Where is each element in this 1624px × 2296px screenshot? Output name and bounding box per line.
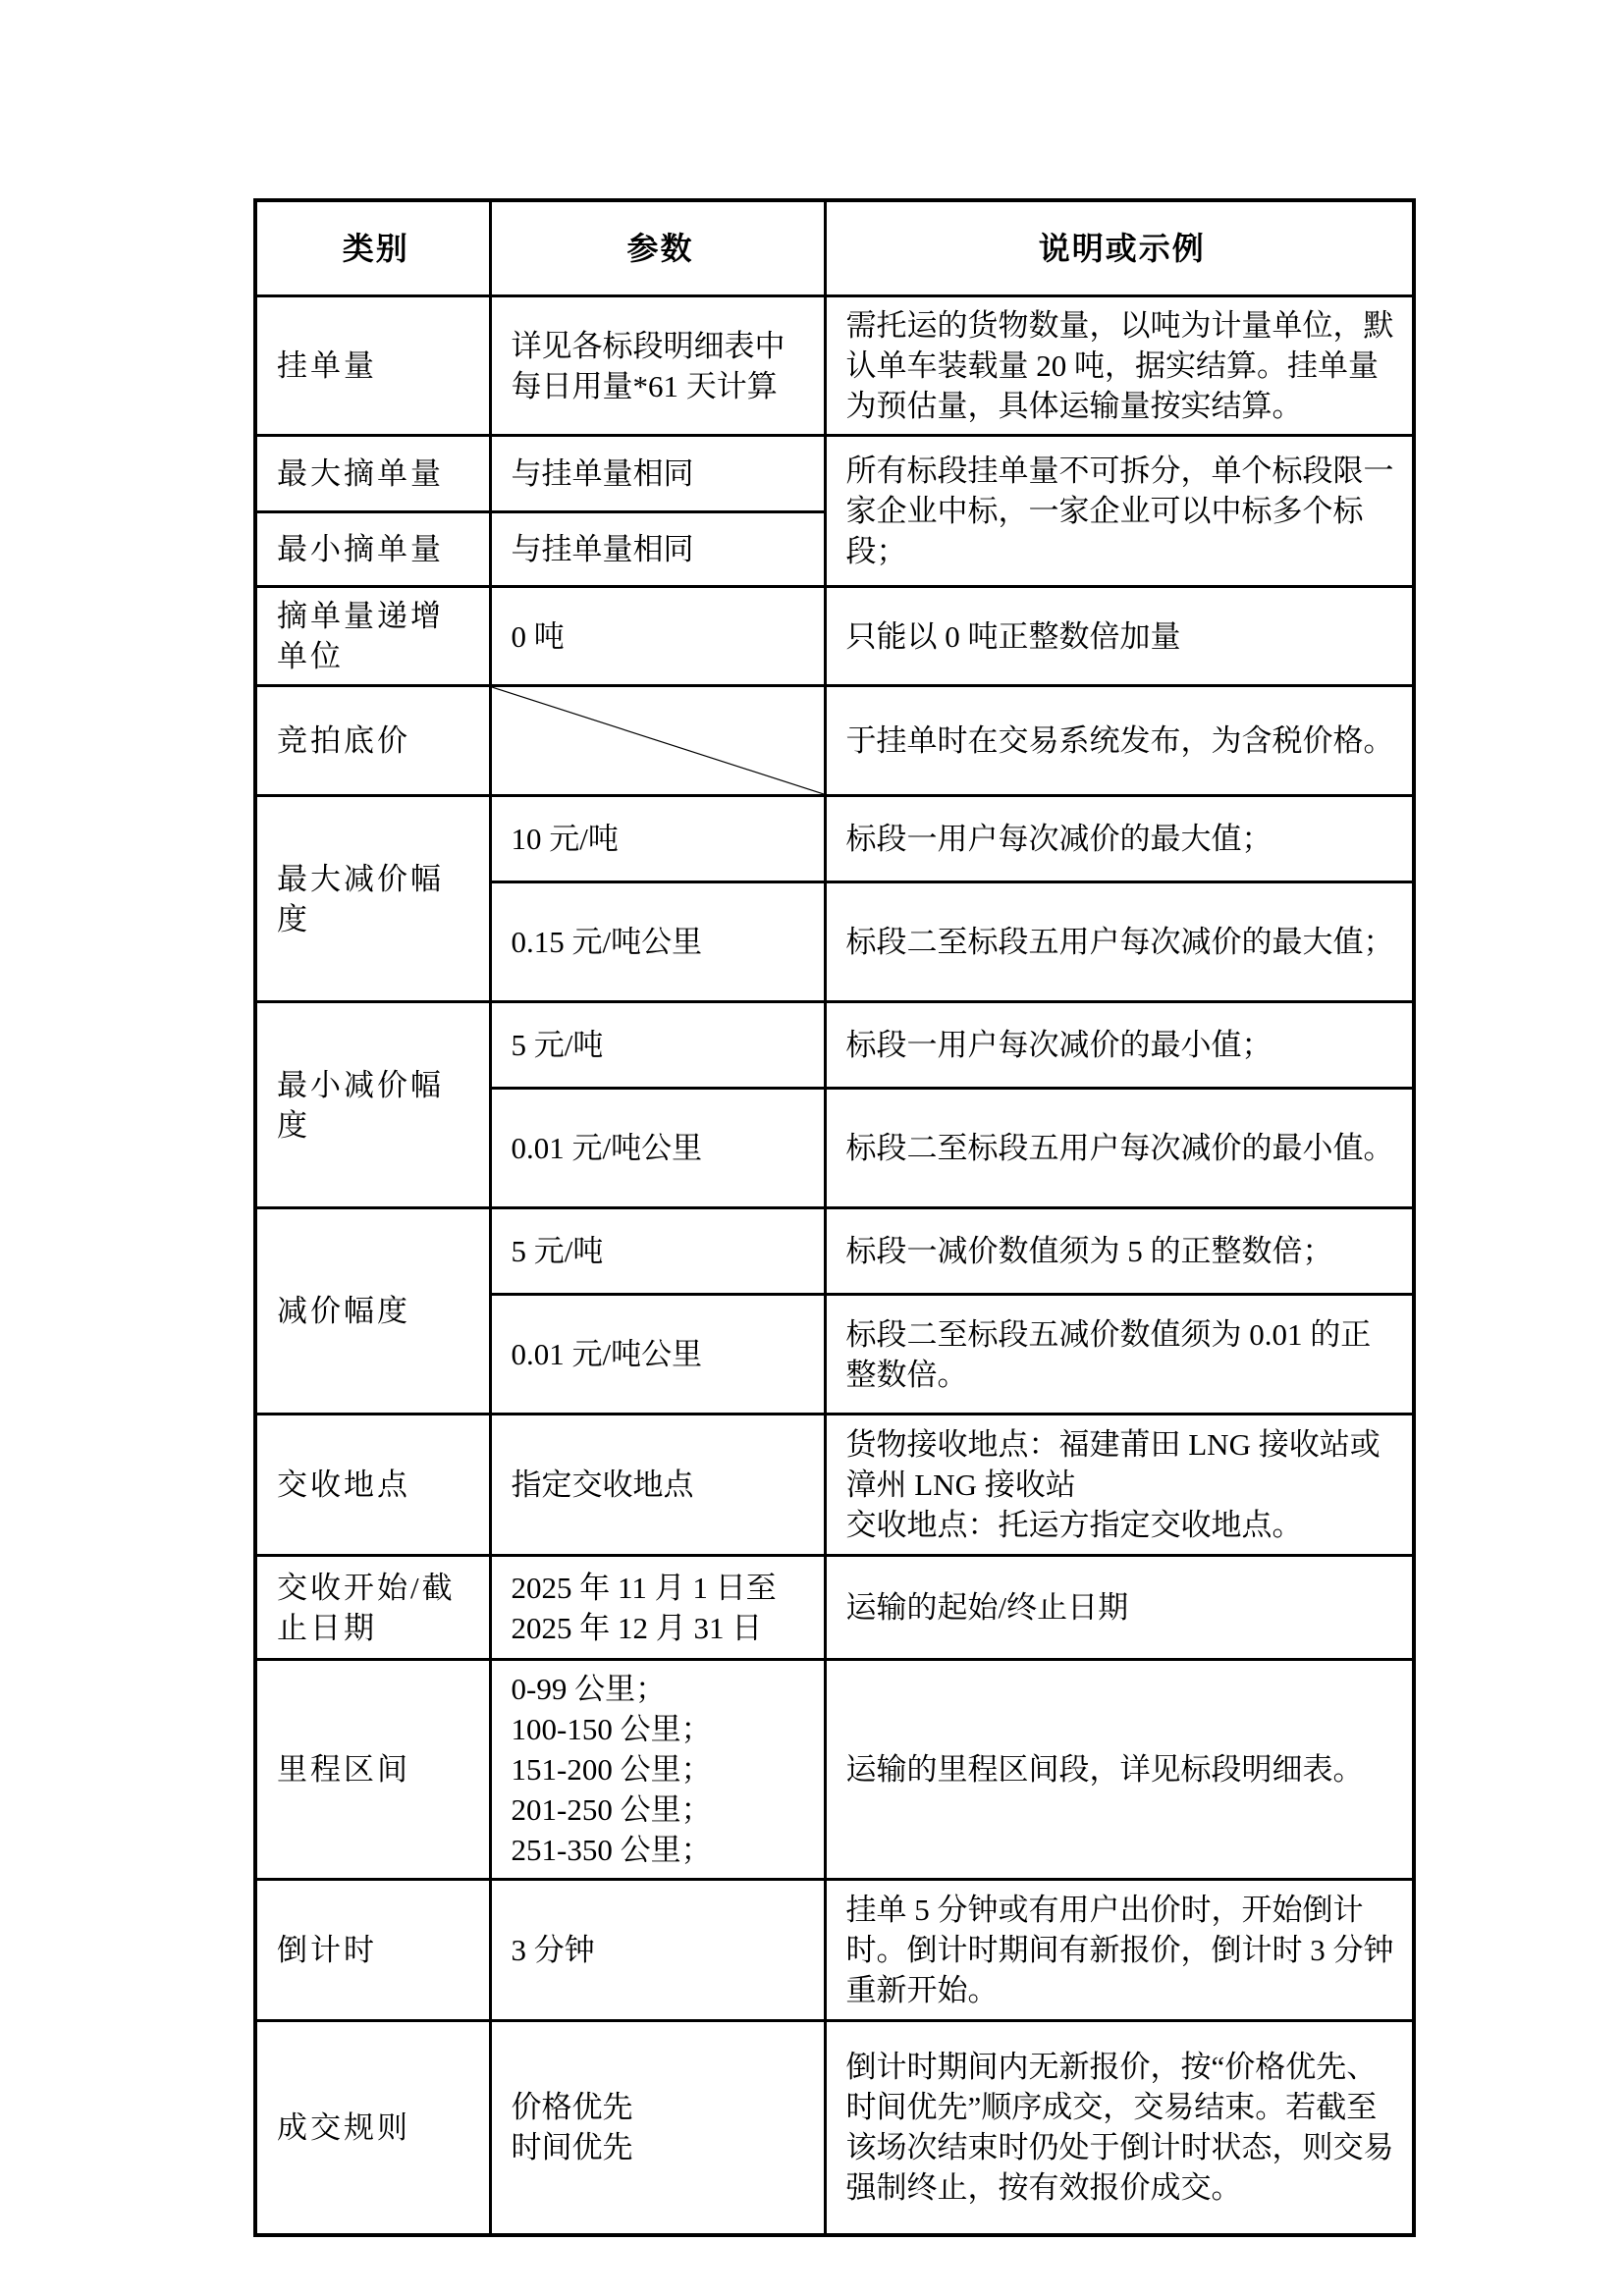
param-cell: 0.01 元/吨公里 — [490, 1295, 825, 1415]
category-cell-merged: 最大减价幅度 — [255, 796, 490, 1002]
param-cell: 与挂单量相同 — [490, 512, 825, 587]
table-row-listing: 挂单量 详见各标段明细表中 每日用量*61 天计算 需托运的货物数量，以吨为计量… — [255, 296, 1414, 436]
desc-cell: 标段一用户每次减价的最小值； — [825, 1002, 1414, 1089]
table-row-cut-range-1: 减价幅度 5 元/吨 标段一减价数值须为 5 的正整数倍； — [255, 1208, 1414, 1295]
desc-cell: 标段二至标段五用户每次减价的最大值； — [825, 882, 1414, 1002]
header-cell-category: 类别 — [255, 200, 490, 296]
desc-cell: 倒计时期间内无新报价，按“价格优先、时间优先”顺序成交，交易结束。若截至该场次结… — [825, 2021, 1414, 2235]
category-cell: 里程区间 — [255, 1660, 490, 1880]
category-cell: 倒计时 — [255, 1880, 490, 2021]
table-row-countdown: 倒计时 3 分钟 挂单 5 分钟或有用户出价时，开始倒计时。倒计时期间有新报价，… — [255, 1880, 1414, 2021]
table-row-max-pick: 最大摘单量 与挂单量相同 所有标段挂单量不可拆分，单个标段限一家企业中标，一家企… — [255, 436, 1414, 512]
desc-cell: 需托运的货物数量，以吨为计量单位，默认单车装载量 20 吨，据实结算。挂单量为预… — [825, 296, 1414, 436]
table-row-deal-rule: 成交规则 价格优先 时间优先 倒计时期间内无新报价，按“价格优先、时间优先”顺序… — [255, 2021, 1414, 2235]
desc-cell: 运输的起始/终止日期 — [825, 1556, 1414, 1660]
category-cell: 最小摘单量 — [255, 512, 490, 587]
document-page: 类别 参数 说明或示例 挂单量 详见各标段明细表中 每日用量*61 天计算 需托… — [0, 0, 1624, 2296]
table-row-increment: 摘单量递增单位 0 吨 只能以 0 吨正整数倍加量 — [255, 587, 1414, 686]
category-cell-merged: 最小减价幅度 — [255, 1002, 490, 1208]
desc-cell-merged: 所有标段挂单量不可拆分，单个标段限一家企业中标，一家企业可以中标多个标段； — [825, 436, 1414, 587]
table-row-mileage: 里程区间 0-99 公里； 100-150 公里； 151-200 公里； 20… — [255, 1660, 1414, 1880]
param-cell: 指定交收地点 — [490, 1415, 825, 1556]
param-cell: 0.01 元/吨公里 — [490, 1089, 825, 1208]
parameters-table: 类别 参数 说明或示例 挂单量 详见各标段明细表中 每日用量*61 天计算 需托… — [253, 198, 1416, 2237]
table-row-min-cut-1: 最小减价幅度 5 元/吨 标段一用户每次减价的最小值； — [255, 1002, 1414, 1089]
category-cell: 竞拍底价 — [255, 686, 490, 796]
diagonal-line — [492, 687, 824, 794]
param-cell: 2025 年 11 月 1 日至 2025 年 12 月 31 日 — [490, 1556, 825, 1660]
table-row-delivery-place: 交收地点 指定交收地点 货物接收地点：福建莆田 LNG 接收站或漳州 LNG 接… — [255, 1415, 1414, 1556]
desc-cell: 标段二至标段五减价数值须为 0.01 的正整数倍。 — [825, 1295, 1414, 1415]
desc-cell: 标段一减价数值须为 5 的正整数倍； — [825, 1208, 1414, 1295]
desc-cell: 标段二至标段五用户每次减价的最小值。 — [825, 1089, 1414, 1208]
header-cell-param: 参数 — [490, 200, 825, 296]
param-cell: 3 分钟 — [490, 1880, 825, 2021]
param-cell: 0.15 元/吨公里 — [490, 882, 825, 1002]
category-cell: 最大摘单量 — [255, 436, 490, 512]
desc-cell: 于挂单时在交易系统发布，为含税价格。 — [825, 686, 1414, 796]
desc-cell: 标段一用户每次减价的最大值； — [825, 796, 1414, 882]
category-cell: 挂单量 — [255, 296, 490, 436]
category-cell-merged: 减价幅度 — [255, 1208, 490, 1415]
param-cell: 5 元/吨 — [490, 1002, 825, 1089]
param-cell: 详见各标段明细表中 每日用量*61 天计算 — [490, 296, 825, 436]
header-cell-desc: 说明或示例 — [825, 200, 1414, 296]
table-header-row: 类别 参数 说明或示例 — [255, 200, 1414, 296]
category-cell: 成交规则 — [255, 2021, 490, 2235]
param-cell: 0 吨 — [490, 587, 825, 686]
category-cell: 交收地点 — [255, 1415, 490, 1556]
desc-cell: 运输的里程区间段，详见标段明细表。 — [825, 1660, 1414, 1880]
param-cell: 与挂单量相同 — [490, 436, 825, 512]
table-row-floor-price: 竞拍底价 于挂单时在交易系统发布，为含税价格。 — [255, 686, 1414, 796]
desc-cell: 只能以 0 吨正整数倍加量 — [825, 587, 1414, 686]
param-cell: 0-99 公里； 100-150 公里； 151-200 公里； 201-250… — [490, 1660, 825, 1880]
desc-cell: 挂单 5 分钟或有用户出价时，开始倒计时。倒计时期间有新报价，倒计时 3 分钟重… — [825, 1880, 1414, 2021]
category-cell: 摘单量递增单位 — [255, 587, 490, 686]
param-cell: 价格优先 时间优先 — [490, 2021, 825, 2235]
category-cell: 交收开始/截止日期 — [255, 1556, 490, 1660]
param-cell: 5 元/吨 — [490, 1208, 825, 1295]
table-row-max-cut-1: 最大减价幅度 10 元/吨 标段一用户每次减价的最大值； — [255, 796, 1414, 882]
param-cell: 10 元/吨 — [490, 796, 825, 882]
table-row-delivery-dates: 交收开始/截止日期 2025 年 11 月 1 日至 2025 年 12 月 3… — [255, 1556, 1414, 1660]
param-cell-blank — [490, 686, 825, 796]
desc-cell: 货物接收地点：福建莆田 LNG 接收站或漳州 LNG 接收站 交收地点：托运方指… — [825, 1415, 1414, 1556]
